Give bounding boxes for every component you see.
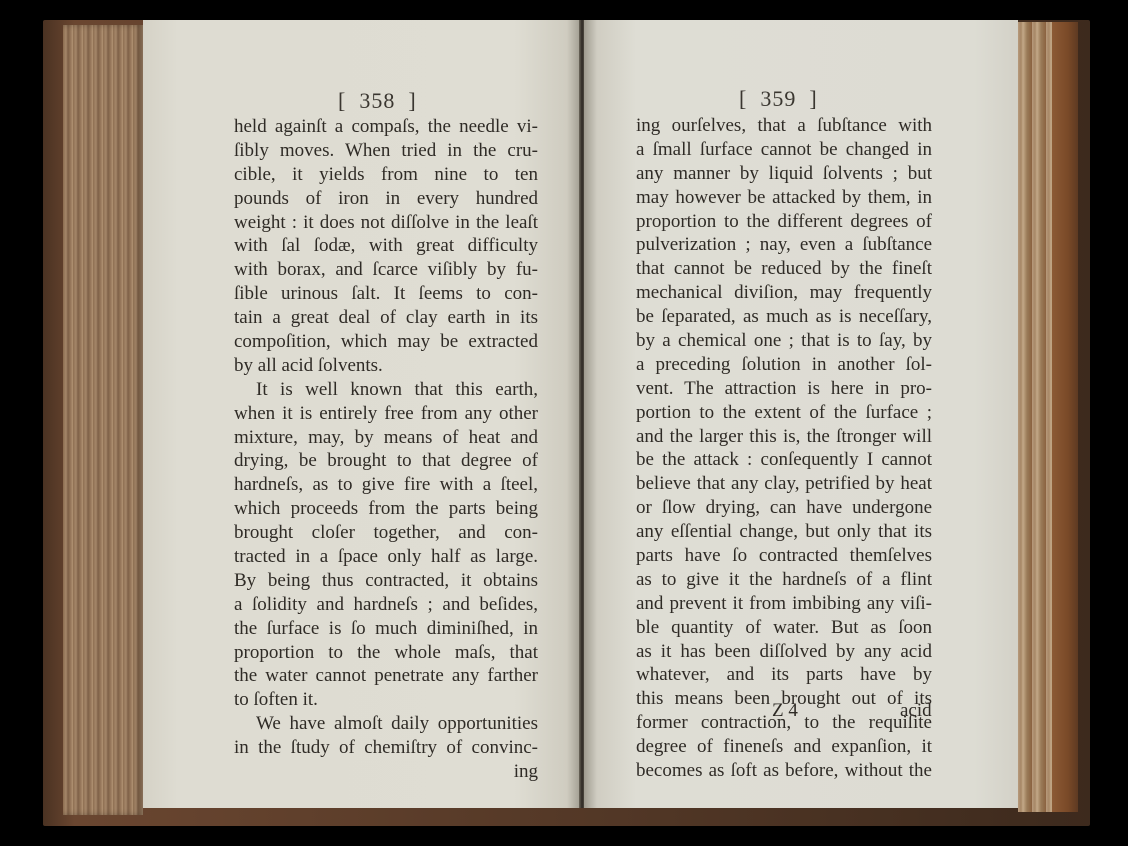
text-line: becomes as ſoft as before, without the [636, 759, 932, 783]
right-page-text: ing ourſelves, that a ſubſtance witha ſm… [636, 114, 932, 783]
text-line: with ſal ſodæ, with great difficulty [234, 234, 538, 258]
text-line: By being thus contracted, it obtains [234, 569, 538, 593]
left-page: [ 358 ] held againſt a compaſs, the need… [143, 20, 580, 808]
text-line: and the larger this is, the ſtronger wil… [636, 425, 932, 449]
text-line: to ſoften it. [234, 688, 538, 712]
left-page-edges [63, 25, 143, 815]
text-line: as to give it the hardneſs of a flint [636, 568, 932, 592]
right-cover-board [1052, 22, 1078, 812]
text-line: tracted in a ſpace only half as large. [234, 545, 538, 569]
text-line: proportion to the different degrees of [636, 210, 932, 234]
text-line: cible, it yields from nine to ten [234, 163, 538, 187]
left-page-text: held againſt a compaſs, the needle vi-ſi… [234, 115, 538, 784]
text-line: We have almoſt daily opportunities [234, 712, 538, 736]
text-line: parts have ſo contracted themſelves [636, 544, 932, 568]
signature-mark: Z 4 [772, 700, 798, 722]
text-line: that cannot be reduced by the fineſt [636, 257, 932, 281]
text-line: with borax, and ſcarce viſibly by fu- [234, 258, 538, 282]
text-line: proportion to the whole maſs, that [234, 641, 538, 665]
text-line: It is well known that this earth, [234, 378, 538, 402]
page-number-left: [ 358 ] [338, 88, 417, 114]
text-line: compoſition, which may be extracted [234, 330, 538, 354]
text-line: a ſolidity and hardneſs ; and beſides, [234, 593, 538, 617]
text-line: brought cloſer together, and con- [234, 521, 538, 545]
right-page: [ 359 ] ing ourſelves, that a ſubſtance … [584, 20, 1018, 808]
catchword: acid [900, 700, 932, 722]
text-line: held againſt a compaſs, the needle vi- [234, 115, 538, 139]
text-line: ble quantity of water. But as ſoon [636, 616, 932, 640]
text-line: a ſmall ſurface cannot be changed in [636, 138, 932, 162]
text-line: degree of fineneſs and expanſion, it [636, 735, 932, 759]
text-line: mechanical diviſion, may frequently [636, 281, 932, 305]
text-line: ſible urinous ſalt. It ſeems to con- [234, 282, 538, 306]
text-line: weight : it does not diſſolve in the lea… [234, 211, 538, 235]
text-line: mixture, may, by means of heat and [234, 426, 538, 450]
text-line: or ſlow drying, can have undergone [636, 496, 932, 520]
text-line: a preceding ſolution in another ſol- [636, 353, 932, 377]
text-line: tain a great deal of clay earth in its [234, 306, 538, 330]
text-line: pounds of iron in every hundred [234, 187, 538, 211]
text-line: be the attack : conſequently I cannot [636, 448, 932, 472]
text-line: when it is entirely free from any other [234, 402, 538, 426]
text-line: ſibly moves. When tried in the cru- [234, 139, 538, 163]
text-line: by all acid ſolvents. [234, 354, 538, 378]
text-line: drying, be brought to that degree of [234, 449, 538, 473]
text-line: may however be attacked by them, in [636, 186, 932, 210]
text-line: which proceeds from the parts being [234, 497, 538, 521]
text-line: portion to the extent of the ſurface ; [636, 401, 932, 425]
text-line: ing ourſelves, that a ſubſtance with [636, 114, 932, 138]
text-line: believe that any clay, petrified by heat [636, 472, 932, 496]
right-page-edges [1018, 22, 1078, 812]
text-line: and prevent it from imbibing any viſi- [636, 592, 932, 616]
text-line: be ſeparated, as much as is neceſſary, [636, 305, 932, 329]
text-line: any manner by liquid ſolvents ; but [636, 162, 932, 186]
page-number-right: [ 359 ] [739, 86, 818, 112]
text-line: in the ſtudy of chemiſtry of convinc- [234, 736, 538, 760]
text-line: pulverization ; nay, even a ſubſtance [636, 233, 932, 257]
text-line: any eſſential change, but only that its [636, 520, 932, 544]
text-line: the ſurface is ſo much diminiſhed, in [234, 617, 538, 641]
text-line: the water cannot penetrate any farther [234, 664, 538, 688]
text-line: by a chemical one ; that is to ſay, by [636, 329, 932, 353]
text-line: as it has been diſſolved by any acid [636, 640, 932, 664]
text-line: hardneſs, as to give fire with a ſteel, [234, 473, 538, 497]
text-line: whatever, and its parts have by [636, 663, 932, 687]
text-line: vent. The attraction is here in pro- [636, 377, 932, 401]
text-line: ing [234, 760, 538, 784]
